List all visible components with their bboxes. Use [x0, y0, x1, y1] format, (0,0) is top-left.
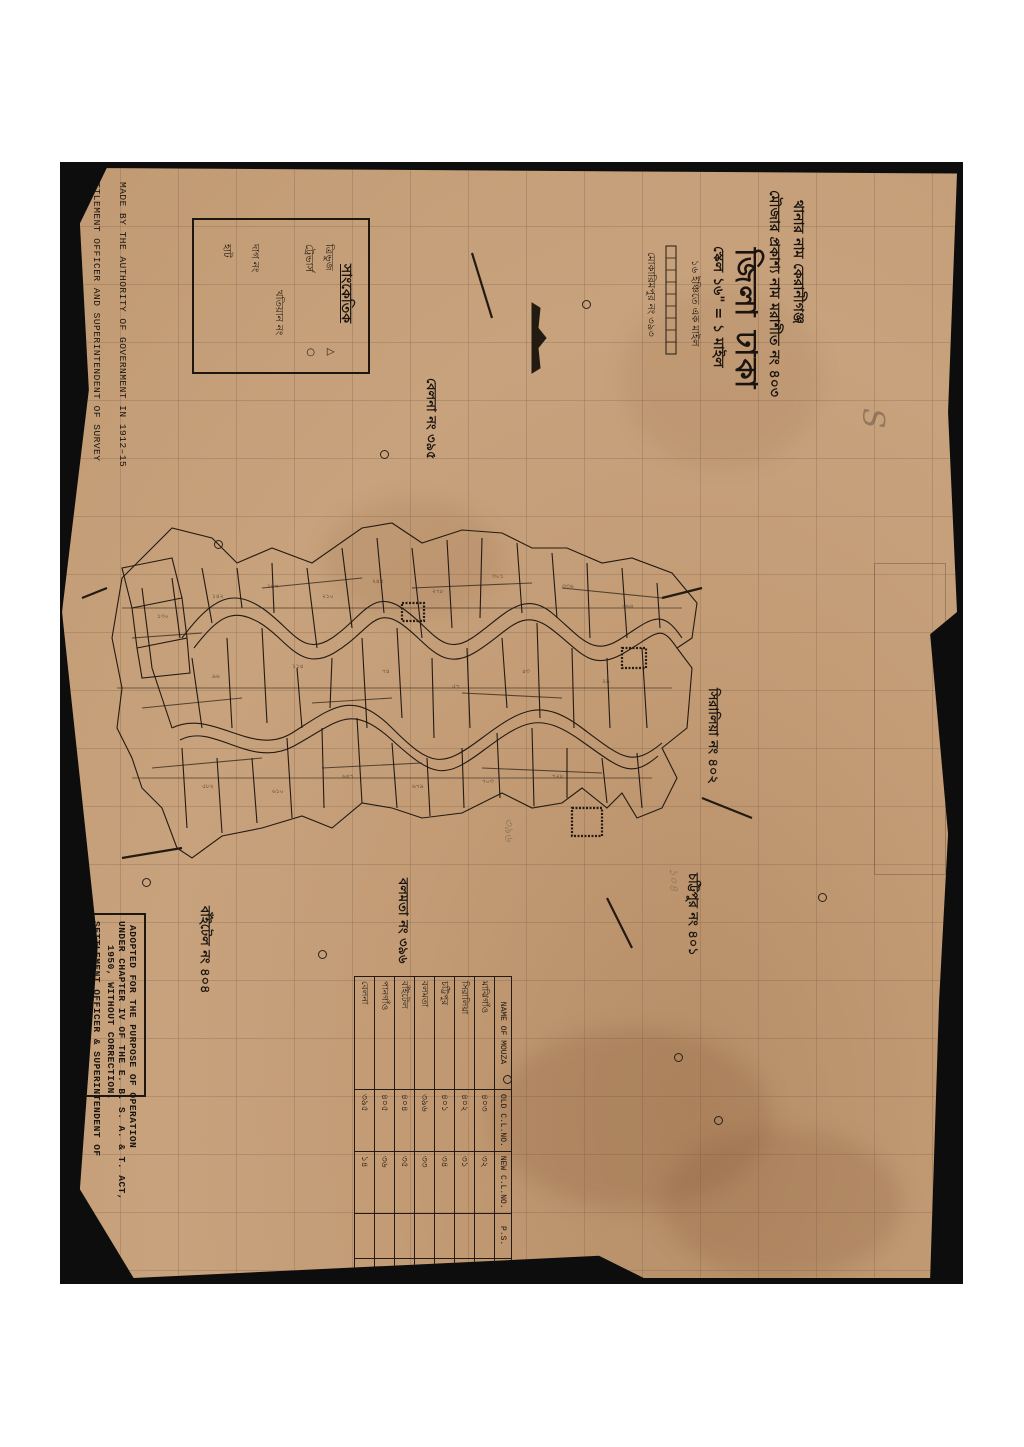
svg-text:৩০১: ৩০১: [492, 573, 504, 580]
traverse-station-icon: [674, 1053, 683, 1062]
svg-text:১৩০: ১৩০: [157, 613, 169, 620]
old-cl-no: ৪০৩: [475, 1090, 495, 1152]
col-header-new-cl: NEW C.L.NO.: [495, 1151, 512, 1213]
traverse-station-icon: [714, 1116, 723, 1125]
adjacent-mouza-right-bottom: চট্টিপুর নং ৪০১: [681, 873, 702, 956]
pencil-note: S: [855, 408, 890, 429]
traverse-station-icon: [380, 450, 389, 459]
mouza-name: বলমতা: [415, 977, 435, 1090]
circle-icon: ○: [305, 348, 316, 357]
new-cl-no: ৩৩: [415, 1151, 435, 1213]
mouza-name: মাঝিগাঁও: [475, 977, 495, 1090]
traverse-station-icon: [318, 950, 327, 959]
col-header-ps: P.S.: [495, 1213, 512, 1258]
scale-bar-label: ১৬ ইঞ্চিতে এক মাইল: [685, 260, 702, 347]
svg-text:১১৪: ১১৪: [292, 663, 304, 670]
new-cl-no: ৩৪: [435, 1151, 455, 1213]
svg-text:২৭৮: ২৭৮: [432, 588, 444, 595]
old-cl-no: ৩৯৫: [355, 1090, 375, 1152]
scale-text: স্কেল ১৬" = ১ মাইল: [706, 246, 730, 368]
legend-row-triangle: ত্রিভুজ: [319, 244, 336, 271]
svg-text:২১০: ২১০: [322, 593, 334, 600]
legend-row-hat: হাট: [217, 244, 234, 258]
officer-text: SETTLEMENT OFFICER AND SUPERINTENDENT OF…: [91, 170, 102, 461]
svg-text:৬৪৭: ৬৪৭: [342, 773, 354, 780]
old-cl-no: ৪০২: [455, 1090, 475, 1152]
svg-text:১৮৭: ১৮৭: [267, 583, 279, 590]
pencil-note: ৩৯৬: [497, 818, 517, 841]
mouza-table: NAME OF MOUZA OLD C.L.NO. NEW C.L.NO. P.…: [354, 976, 512, 1304]
new-cl-no: ১৪: [355, 1151, 375, 1213]
sheet-note: মোকারিমপুর নং ৩৯৩: [641, 252, 658, 337]
svg-text:২৪৫: ২৪৫: [372, 578, 384, 585]
svg-text:৭০৩: ৭০৩: [482, 778, 494, 785]
svg-text:৩৩৬: ৩৩৬: [562, 583, 574, 590]
stamp-line-1: ADOPTED FOR THE PURPOSE OF OPERATION: [127, 925, 138, 1148]
mouza-name: সিরালিয়া: [455, 977, 475, 1090]
table-row: বেলনা ৩৯৫ ১৪: [355, 977, 375, 1304]
table-row: বাঁইটেল ৪০৪ ৩৫: [395, 977, 415, 1304]
new-cl-no: ৩৬: [375, 1151, 395, 1213]
old-cl-no: ৪০৫: [375, 1090, 395, 1152]
new-cl-no: ৩৫: [395, 1151, 415, 1213]
svg-text:৪৩: ৪৩: [522, 668, 530, 675]
svg-text:৩৬৪: ৩৬৪: [622, 603, 634, 610]
svg-text:৫৭: ৫৭: [452, 683, 460, 690]
legend-row-dag: দাগ নং: [245, 244, 262, 272]
mouza-table-wrapper: NAME OF MOUZA OLD C.L.NO. NEW C.L.NO. P.…: [354, 976, 512, 1304]
table-row: সিরালিয়া ৪০২ ৩১: [455, 977, 475, 1304]
old-cl-no: ৪০৪: [395, 1090, 415, 1152]
traverse-station-icon: [582, 300, 591, 309]
adjacent-mouza-right: সিরালিয়া নং ৪০২: [701, 688, 722, 784]
mouza-name: পানগাঁও: [375, 977, 395, 1090]
svg-text:৭২৮: ৭২৮: [552, 773, 564, 780]
table-row: চট্টিপুর ৪০১ ৩৪: [435, 977, 455, 1304]
mouza-name: বাঁইটেল: [395, 977, 415, 1090]
svg-text:২৯: ২৯: [602, 678, 610, 685]
table-row: বলমতা ৩৯৬ ৩৩: [415, 977, 435, 1304]
svg-text:১৪২: ১৪২: [212, 593, 224, 600]
authority-text: MADE BY THE AUTHORITY OF GOVERNMENT IN 1…: [117, 182, 128, 467]
mouza-name: বেলনা: [355, 977, 375, 1090]
table-row: পানগাঁও ৪০৫ ৩৬: [375, 977, 395, 1304]
adjacent-mouza-bottom: বলমতা নং ৩৯৬: [391, 878, 412, 963]
adjacent-mouza-top: বেলনা নং ৩৯৫: [419, 378, 440, 459]
traverse-station-icon: [142, 878, 151, 887]
svg-text:৫৮২: ৫৮২: [202, 783, 214, 790]
old-cl-no: ৪০১: [435, 1090, 455, 1152]
new-cl-no: ৩১: [455, 1151, 475, 1213]
table-row: মাঝিগাঁও ৪০৩ ৩২: [475, 977, 495, 1304]
stamp-line-2: UNDER CHAPTER IV OF THE E. B. S. A. & T.…: [116, 921, 127, 1200]
col-header-old-cl: OLD C.L.NO.: [495, 1090, 512, 1152]
legend-row-khatian: খতিয়ান নং: [269, 290, 286, 335]
old-cl-no: ৩৯৬: [415, 1090, 435, 1152]
stamp-line-3: 1950, WITHOUT CORRECTION.: [105, 945, 116, 1100]
col-header-name: NAME OF MOUZA: [495, 977, 512, 1090]
legend-row-traverse: ট্রেভার্স: [299, 244, 316, 272]
traverse-station-icon: [818, 893, 827, 902]
traverse-station-icon: [214, 540, 223, 549]
legend-title: সাংকেতিক: [334, 264, 358, 323]
mouza-name: চট্টিপুর: [435, 977, 455, 1090]
thana-name: থানার নাম কেরানীগঞ্জ: [786, 200, 810, 324]
svg-text:৬৭৯: ৬৭৯: [412, 783, 424, 790]
new-cl-no: ৩২: [475, 1151, 495, 1213]
map-sheet: ১৩০১৪২১৮৭ ২১০২৪৫২৭৮ ৩০১৩৩৬৩৬৪ ৯৬১১৪৭৪ ৫৭…: [62, 168, 957, 1278]
svg-text:৯৬: ৯৬: [212, 673, 220, 680]
adjacent-mouza-left-bottom: বাঁইটেল নং ৪০৪: [193, 906, 214, 994]
pencil-note: ১০৪: [662, 868, 682, 891]
triangle-icon: △: [325, 348, 336, 356]
svg-text:৭৪: ৭৪: [382, 668, 390, 675]
legend-box: সাংকেতিক ত্রিভুজ △ ট্রেভার্স ○ খতিয়ান ন…: [192, 218, 370, 374]
svg-text:৬১০: ৬১০: [272, 788, 284, 795]
